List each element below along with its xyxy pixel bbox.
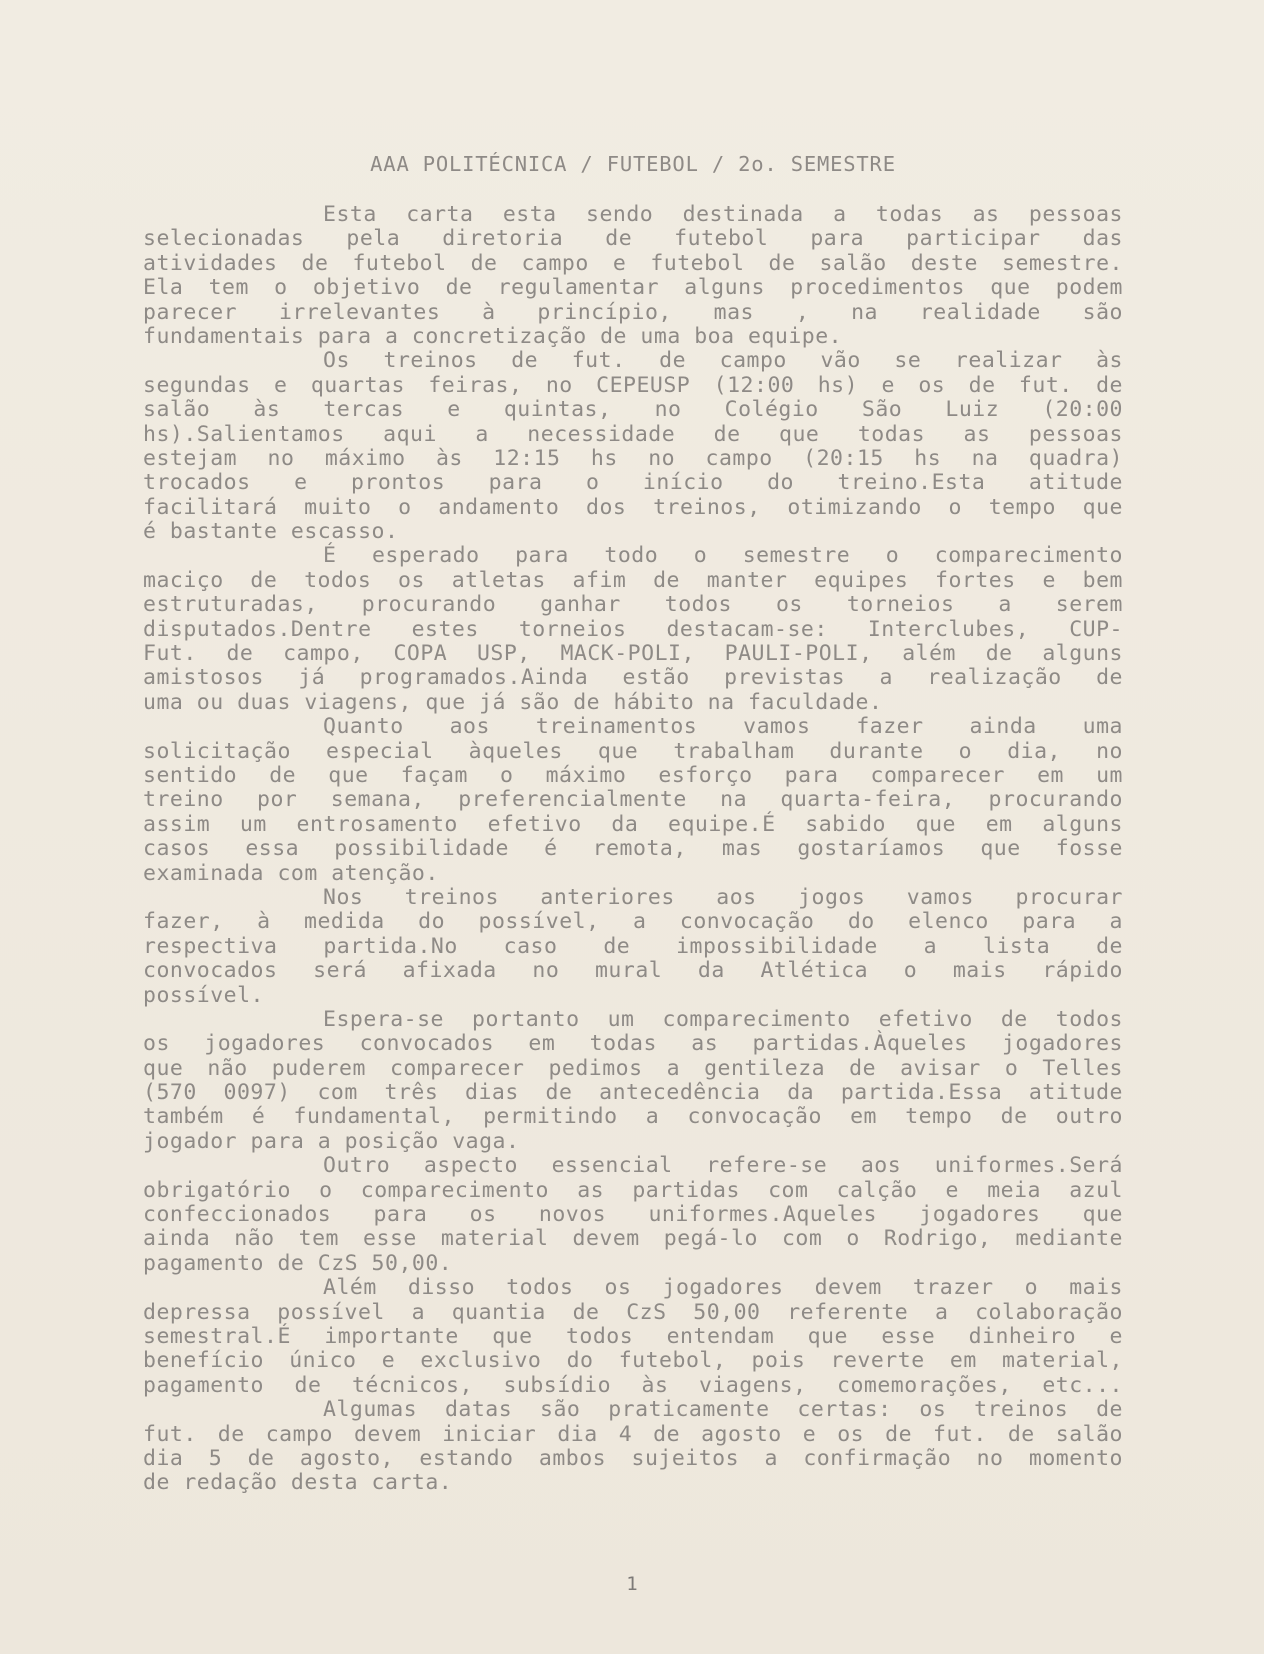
text-line: Espera-se portanto um comparecimento efe… (143, 1008, 1123, 1032)
text-line: maciço de todos os atletas afim de mante… (143, 569, 1123, 593)
text-line: hs).Salientamos aqui a necessidade de qu… (143, 423, 1123, 447)
text-line: obrigatório o comparecimento as partidas… (143, 1179, 1123, 1203)
page-number: 1 (0, 1573, 1264, 1595)
text-line: casos essa possibilidade é remota, mas g… (143, 837, 1123, 861)
text-line: possível. (143, 984, 1123, 1008)
text-line: trocados e prontos para o início do trei… (143, 471, 1123, 495)
text-line: estejam no máximo às 12:15 hs no campo (… (143, 447, 1123, 471)
text-line: jogador para a posição vaga. (143, 1130, 1123, 1154)
text-line: pagamento de técnicos, subsídio às viage… (143, 1374, 1123, 1398)
text-line: solicitação especial àqueles que trabalh… (143, 740, 1123, 764)
text-line: Ela tem o objetivo de regulamentar algun… (143, 276, 1123, 300)
text-line: respectiva partida.No caso de impossibil… (143, 935, 1123, 959)
text-line: amistosos já programados.Ainda estão pre… (143, 666, 1123, 690)
text-line: pagamento de CzS 50,00. (143, 1252, 1123, 1276)
text-line: Algumas datas são praticamente certas: o… (143, 1398, 1123, 1422)
text-line: Nos treinos anteriores aos jogos vamos p… (143, 886, 1123, 910)
text-line: treino por semana, preferencialmente na … (143, 788, 1123, 812)
letter-title: AAA POLITÉCNICA / FUTEBOL / 2o. SEMESTRE (143, 152, 1123, 176)
text-line: (570 0097) com três dias de antecedência… (143, 1081, 1123, 1105)
text-line: ainda não tem esse material devem pegá-l… (143, 1227, 1123, 1251)
text-line: disputados.Dentre estes torneios destaca… (143, 618, 1123, 642)
text-line: estruturadas, procurando ganhar todos os… (143, 593, 1123, 617)
text-line: Esta carta esta sendo destinada a todas … (143, 203, 1123, 227)
text-line: os jogadores convocados em todas as part… (143, 1032, 1123, 1056)
text-line: sentido de que façam o máximo esforço pa… (143, 764, 1123, 788)
text-line: examinada com atenção. (143, 862, 1123, 886)
text-line: Os treinos de fut. de campo vão se reali… (143, 349, 1123, 373)
text-line: É esperado para todo o semestre o compar… (143, 544, 1123, 568)
text-line: convocados será afixada no mural da Atlé… (143, 959, 1123, 983)
text-line: fundamentais para a concretização de uma… (143, 325, 1123, 349)
text-line: benefício único e exclusivo do futebol, … (143, 1349, 1123, 1373)
text-line: fut. de campo devem iniciar dia 4 de ago… (143, 1423, 1123, 1447)
letter-body: Esta carta esta sendo destinada a todas … (143, 203, 1123, 1496)
text-line: também é fundamental, permitindo a convo… (143, 1105, 1123, 1129)
text-line: de redação desta carta. (143, 1471, 1123, 1495)
text-line: Quanto aos treinamentos vamos fazer aind… (143, 715, 1123, 739)
text-line: dia 5 de agosto, estando ambos sujeitos … (143, 1447, 1123, 1471)
text-line: que não puderem comparecer pedimos a gen… (143, 1057, 1123, 1081)
text-line: segundas e quartas feiras, no CEPEUSP (1… (143, 374, 1123, 398)
text-line: Outro aspecto essencial refere-se aos un… (143, 1154, 1123, 1178)
text-line: confeccionados para os novos uniformes.A… (143, 1203, 1123, 1227)
text-line: selecionadas pela diretoria de futebol p… (143, 227, 1123, 251)
paper-page: AAA POLITÉCNICA / FUTEBOL / 2o. SEMESTRE… (0, 0, 1264, 1654)
text-line: salão às tercas e quintas, no Colégio Sã… (143, 398, 1123, 422)
text-line: assim um entrosamento efetivo da equipe.… (143, 813, 1123, 837)
text-line: Além disso todos os jogadores devem traz… (143, 1276, 1123, 1300)
text-line: é bastante escasso. (143, 520, 1123, 544)
text-line: atividades de futebol de campo e futebol… (143, 252, 1123, 276)
text-line: fazer, à medida do possível, a convocaçã… (143, 910, 1123, 934)
text-line: uma ou duas viagens, que já são de hábit… (143, 691, 1123, 715)
text-line: parecer irrelevantes à princípio, mas , … (143, 301, 1123, 325)
text-line: semestral.É importante que todos entenda… (143, 1325, 1123, 1349)
text-line: depressa possível a quantia de CzS 50,00… (143, 1301, 1123, 1325)
text-line: facilitará muito o andamento dos treinos… (143, 496, 1123, 520)
text-line: Fut. de campo, COPA USP, MACK-POLI, PAUL… (143, 642, 1123, 666)
